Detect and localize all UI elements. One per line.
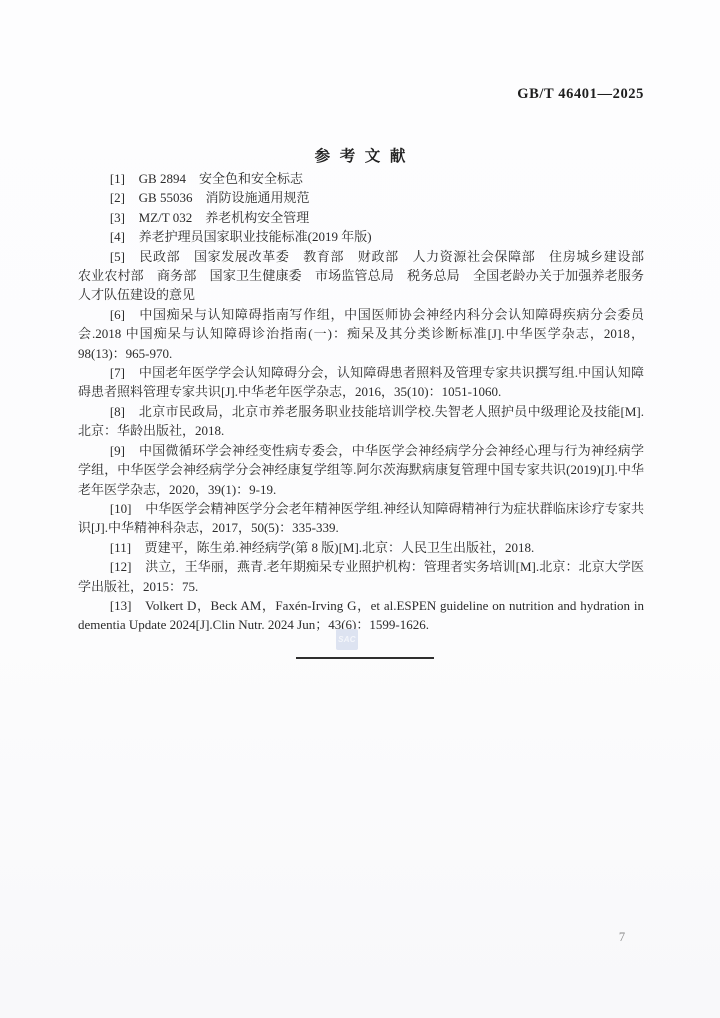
reference-text: 民政部 国家发展改革委 教育部 财政部 人力资源社会保障部 住房城乡建设部 农业… — [78, 249, 657, 303]
reference-label: [7] — [110, 365, 125, 380]
reference-label: [2] — [110, 190, 125, 205]
reference-label: [11] — [110, 540, 131, 555]
reference-text: Volkert D，Beck AM，Faxén-Irving G，et al.E… — [78, 598, 644, 632]
reference-item: [13]Volkert D，Beck AM，Faxén-Irving G，et … — [78, 596, 644, 635]
reference-text: 中国微循环学会神经变性病专委会，中华医学会神经病学分会神经心理与行为神经病学学组… — [78, 443, 644, 497]
reference-item: [12]洪立，王华丽，燕青.老年期痴呆专业照护机构：管理者实务培训[M].北京：… — [78, 557, 644, 596]
reference-label: [12] — [110, 559, 132, 574]
reference-label: [4] — [110, 229, 125, 244]
reference-label: [13] — [110, 598, 132, 613]
reference-item: [3]MZ/T 032 养老机构安全管理 — [78, 208, 644, 227]
reference-text: GB 2894 安全色和安全标志 — [139, 171, 303, 186]
reference-item: [8]北京市民政局，北京市养老服务职业技能培训学校.失智老人照护员中级理论及技能… — [78, 402, 644, 441]
reference-text: 北京市民政局，北京市养老服务职业技能培训学校.失智老人照护员中级理论及技能[M]… — [78, 404, 644, 438]
reference-item: [1]GB 2894 安全色和安全标志 — [78, 169, 644, 188]
reference-item: [2]GB 55036 消防设施通用规范 — [78, 188, 644, 207]
reference-item: [7]中国老年医学学会认知障碍分会，认知障碍患者照料及管理专家共识撰写组.中国认… — [78, 363, 644, 402]
reference-label: [1] — [110, 171, 125, 186]
reference-item: [6]中国痴呆与认知障碍指南写作组，中国医师协会神经内科分会认知障碍疾病分会委员… — [78, 305, 644, 363]
reference-label: [10] — [110, 501, 132, 516]
reference-label: [3] — [110, 210, 125, 225]
page-title-text: 参考文献 — [315, 148, 415, 165]
reference-text: 养老护理员国家职业技能标准(2019 年版) — [139, 229, 372, 244]
reference-label: [6] — [110, 307, 125, 322]
reference-item: [9]中国微循环学会神经变性病专委会，中华医学会神经病学分会神经心理与行为神经病… — [78, 441, 644, 499]
reference-label: [8] — [110, 404, 125, 419]
reference-text: 贾建平，陈生弟.神经病学(第 8 版)[M].北京：人民卫生出版社，2018. — [145, 540, 535, 555]
reference-text: GB 55036 消防设施通用规范 — [139, 190, 310, 205]
reference-label: [9] — [110, 443, 125, 458]
page-number: 7 — [610, 930, 634, 945]
sac-watermark-logo: SAC — [336, 629, 358, 650]
reference-text: 洪立，王华丽，燕青.老年期痴呆专业照护机构：管理者实务培训[M].北京：北京大学… — [78, 559, 644, 593]
reference-label: [5] — [110, 249, 125, 264]
page-title: 参考文献 — [0, 144, 720, 166]
reference-list: [1]GB 2894 安全色和安全标志 [2]GB 55036 消防设施通用规范… — [78, 169, 644, 635]
reference-item: [5]民政部 国家发展改革委 教育部 财政部 人力资源社会保障部 住房城乡建设部… — [78, 247, 644, 305]
end-of-document-rule — [296, 657, 434, 659]
reference-text: 中华医学会精神医学分会老年精神医学组.神经认知障碍精神行为症状群临床诊疗专家共识… — [78, 501, 644, 535]
reference-item: [4]养老护理员国家职业技能标准(2019 年版) — [78, 227, 644, 246]
reference-item: [10]中华医学会精神医学分会老年精神医学组.神经认知障碍精神行为症状群临床诊疗… — [78, 499, 644, 538]
reference-text: 中国老年医学学会认知障碍分会，认知障碍患者照料及管理专家共识撰写组.中国认知障碍… — [78, 365, 644, 399]
reference-item: [11]贾建平，陈生弟.神经病学(第 8 版)[M].北京：人民卫生出版社，20… — [78, 538, 644, 557]
reference-text: 中国痴呆与认知障碍指南写作组，中国医师协会神经内科分会认知障碍疾病分会委员会.2… — [78, 307, 644, 361]
reference-text: MZ/T 032 养老机构安全管理 — [139, 210, 310, 225]
standard-code-header: GB/T 46401—2025 — [517, 86, 644, 103]
document-page: GB/T 46401—2025 参考文献 [1]GB 2894 安全色和安全标志… — [0, 0, 720, 1018]
